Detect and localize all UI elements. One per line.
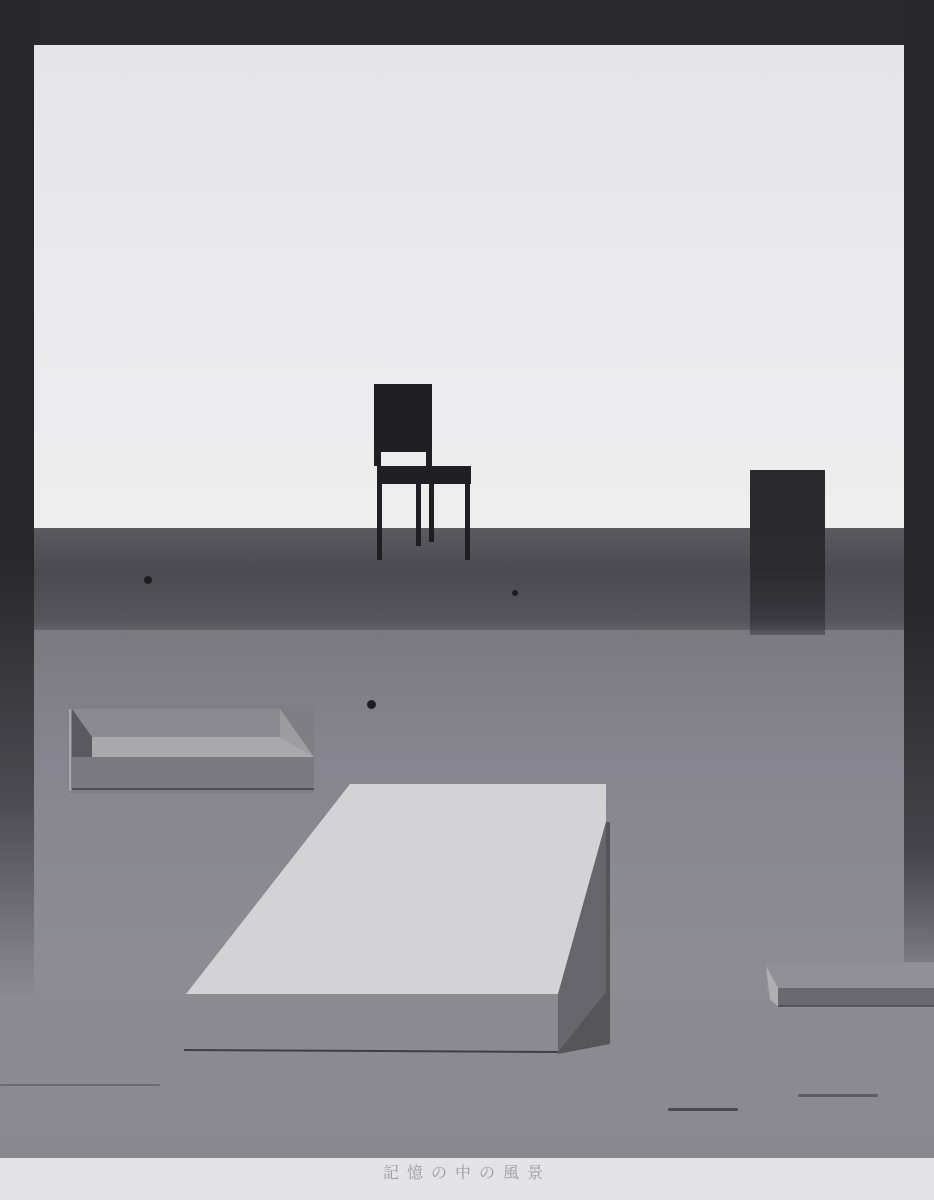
floor-scratch [798, 1094, 878, 1097]
tray [68, 705, 314, 793]
floor-mark [367, 700, 376, 709]
floor-mark [512, 590, 518, 596]
floor-line [0, 1084, 160, 1086]
stone-slab [180, 782, 610, 1054]
cabinet [750, 470, 825, 635]
artwork-caption: 記憶の中の風景 [0, 1160, 934, 1183]
chair [374, 384, 474, 564]
plank [766, 962, 934, 1012]
right-frame-column [904, 0, 934, 1000]
left-frame-column [0, 0, 34, 1000]
floor-scratch [668, 1108, 738, 1111]
floor-mark [144, 576, 152, 584]
